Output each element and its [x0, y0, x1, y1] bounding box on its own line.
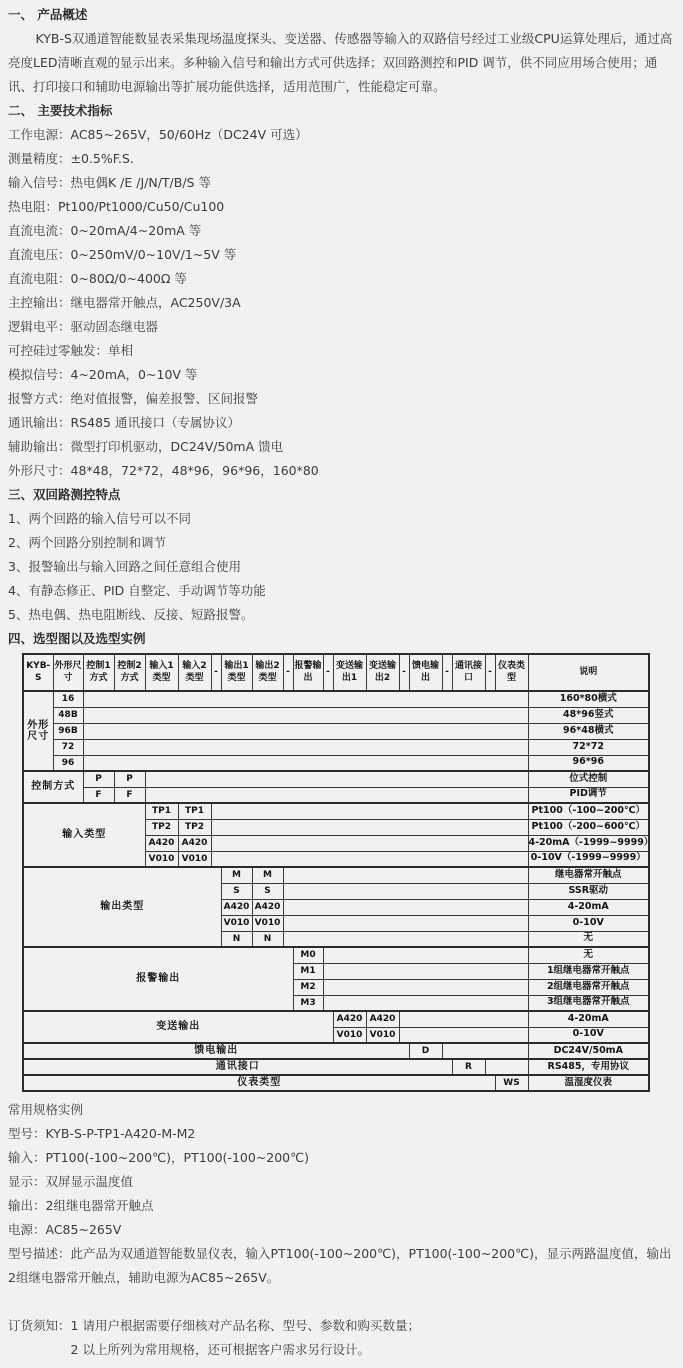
empty-cell: [283, 883, 528, 899]
ordering-note-item: 2 以上所列为常用规格，还可根据客户需求另行设计。: [71, 1338, 675, 1362]
product-overview-paragraph: KYB-S双通道智能数显表采集现场温度探头、变送器、传感器等输入的双路信号经过工…: [8, 27, 675, 99]
group-label-transmit-output: 变送输出: [23, 1011, 333, 1043]
option-code: A420: [221, 899, 252, 915]
empty-cell: [283, 915, 528, 931]
option-desc: 0-10V: [528, 1027, 649, 1043]
ordering-notes: 订货须知： 1 请用户根据需要仔细核对产品名称、型号、参数和购买数量； 2 以上…: [8, 1314, 675, 1362]
option-code: 96: [53, 755, 83, 771]
option-code: 96B: [53, 723, 83, 739]
empty-cell: [323, 979, 528, 995]
group-label-alarm-output: 报警输出: [23, 947, 293, 1011]
table-row: 外形尺寸 16 160*80横式: [23, 691, 649, 707]
table-row: 输入类型 TP1 TP1 Pt100（-100~200℃）: [23, 803, 649, 819]
section-1-heading: 一、 产品概述: [8, 3, 675, 27]
empty-cell: [323, 995, 528, 1011]
feature-line: 1、两个回路的输入信号可以不同: [8, 507, 675, 531]
option-code: M: [252, 867, 283, 883]
table-row: 仪表类型 WS 温湿度仪表: [23, 1075, 649, 1091]
option-code: A420: [366, 1011, 399, 1027]
table-row: 通讯接口 R RS485，专用协议: [23, 1059, 649, 1075]
option-desc: 0-10V: [528, 915, 649, 931]
option-desc: SSR驱动: [528, 883, 649, 899]
option-code: F: [83, 787, 114, 803]
example-power-line: 电源：AC85~265V: [8, 1218, 675, 1242]
option-desc: 4-20mA: [528, 899, 649, 915]
empty-cell: [283, 899, 528, 915]
header-comm-interface: 通讯接口: [452, 654, 485, 691]
empty-cell: [323, 963, 528, 979]
option-desc: 96*96: [528, 755, 649, 771]
table-row: 72 72*72: [23, 739, 649, 755]
table-row: 变送输出 A420 A420 4-20mA: [23, 1011, 649, 1027]
option-desc: 3组继电器常开触点: [528, 995, 649, 1011]
group-label-feed-output: 馈电输出: [23, 1043, 409, 1059]
example-model-line: 型号：KYB-S-P-TP1-A420-M-M2: [8, 1122, 675, 1146]
option-code: A420: [252, 899, 283, 915]
table-row: 报警输出 M0 无: [23, 947, 649, 963]
spec-line: 输入信号：热电偶K /E /J/N/T/B/S 等: [8, 171, 675, 195]
empty-cell: [399, 1027, 528, 1043]
option-code: V010: [366, 1027, 399, 1043]
option-code: V010: [145, 851, 178, 867]
table-row: 48B 48*96竖式: [23, 707, 649, 723]
header-output1: 输出1类型: [221, 654, 252, 691]
example-display-line: 显示：双屏显示温度值: [8, 1170, 675, 1194]
spec-line: 主控输出：继电器常开触点，AC250V/3A: [8, 291, 675, 315]
option-code: P: [83, 771, 114, 787]
empty-cell: [211, 803, 528, 819]
option-desc: PID调节: [528, 787, 649, 803]
option-code: N: [252, 931, 283, 947]
option-desc: 4-20mA: [528, 1011, 649, 1027]
option-desc: 无: [528, 947, 649, 963]
feature-line: 2、两个回路分别控制和调节: [8, 531, 675, 555]
table-row: 96B 96*48横式: [23, 723, 649, 739]
empty-cell: [83, 755, 528, 771]
table-row: 96 96*96: [23, 755, 649, 771]
option-desc: 160*80横式: [528, 691, 649, 707]
header-dash: -: [283, 654, 293, 691]
group-label-comm-interface: 通讯接口: [23, 1059, 452, 1075]
header-control1: 控制1方式: [83, 654, 114, 691]
option-code: A420: [145, 835, 178, 851]
section-4-heading: 四、选型图以及选型实例: [8, 627, 675, 651]
empty-cell: [211, 819, 528, 835]
empty-cell: [283, 867, 528, 883]
header-input2: 输入2类型: [178, 654, 211, 691]
option-code: S: [252, 883, 283, 899]
table-header-row: KYB-S 外形尺寸 控制1方式 控制2方式 输入1类型 输入2类型 - 输出1…: [23, 654, 649, 691]
selection-table-wrapper: KYB-S 外形尺寸 控制1方式 控制2方式 输入1类型 输入2类型 - 输出1…: [22, 653, 675, 1092]
option-code: TP1: [145, 803, 178, 819]
spec-line: 报警方式：绝对值报警，偏差报警、区间报警: [8, 387, 675, 411]
option-code: WS: [495, 1075, 528, 1091]
option-desc: 2组继电器常开触点: [528, 979, 649, 995]
option-code: M0: [293, 947, 323, 963]
spec-line: 热电阻：Pt100/Pt1000/Cu50/Cu100: [8, 195, 675, 219]
example-output-line: 输出：2组继电器常开触点: [8, 1194, 675, 1218]
header-description: 说明: [528, 654, 649, 691]
option-code: V010: [333, 1027, 366, 1043]
header-input1: 输入1类型: [145, 654, 178, 691]
ordering-note-item: 1 请用户根据需要仔细核对产品名称、型号、参数和购买数量；: [71, 1314, 675, 1338]
spec-line: 可控硅过零触发：单相: [8, 339, 675, 363]
option-code: 16: [53, 691, 83, 707]
option-desc: 温湿度仪表: [528, 1075, 649, 1091]
option-code: TP2: [178, 819, 211, 835]
example-model-description: 型号描述：此产品为双通道智能数显仪表，输入PT100(-100~200℃)，PT…: [8, 1242, 675, 1290]
group-label-case-size: 外形尺寸: [23, 691, 53, 771]
header-model-prefix: KYB-S: [23, 654, 53, 691]
section-2-heading: 二、 主要技术指标: [8, 99, 675, 123]
empty-cell: [399, 1011, 528, 1027]
model-selection-table: KYB-S 外形尺寸 控制1方式 控制2方式 输入1类型 输入2类型 - 输出1…: [22, 653, 650, 1092]
option-code: M2: [293, 979, 323, 995]
option-desc: 0-10V（-1999~9999）: [528, 851, 649, 867]
option-desc: DC24V/50mA: [528, 1043, 649, 1059]
option-desc: RS485，专用协议: [528, 1059, 649, 1075]
spec-line: 模拟信号：4~20mA，0~10V 等: [8, 363, 675, 387]
option-desc: Pt100（-200~600℃）: [528, 819, 649, 835]
empty-cell: [485, 1059, 528, 1075]
spec-line: 通讯输出：RS485 通讯接口（专属协议）: [8, 411, 675, 435]
option-desc: 48*96竖式: [528, 707, 649, 723]
header-dash: -: [323, 654, 333, 691]
datasheet-document: 一、 产品概述 KYB-S双通道智能数显表采集现场温度探头、变送器、传感器等输入…: [0, 0, 683, 1362]
spec-line: 工作电源：AC85~265V，50/60Hz（DC24V 可选）: [8, 123, 675, 147]
header-transmit-output1: 变送输出1: [333, 654, 366, 691]
spec-line: 逻辑电平：驱动固态继电器: [8, 315, 675, 339]
empty-cell: [211, 835, 528, 851]
option-code: V010: [252, 915, 283, 931]
option-desc: 96*48横式: [528, 723, 649, 739]
empty-cell: [145, 787, 528, 803]
table-row: 输出类型 M M 继电器常开触点: [23, 867, 649, 883]
empty-cell: [83, 739, 528, 755]
option-code: R: [452, 1059, 485, 1075]
header-dash: -: [485, 654, 495, 691]
empty-cell: [83, 707, 528, 723]
option-code: TP2: [145, 819, 178, 835]
option-code: V010: [178, 851, 211, 867]
empty-cell: [145, 771, 528, 787]
group-label-input-type: 输入类型: [23, 803, 145, 867]
group-label-meter-type: 仪表类型: [23, 1075, 495, 1091]
spec-line: 辅助输出：微型打印机驱动，DC24V/50mA 馈电: [8, 435, 675, 459]
option-code: P: [114, 771, 145, 787]
feature-line: 4、有静态修正、PID 自整定、手动调节等功能: [8, 579, 675, 603]
option-code: N: [221, 931, 252, 947]
option-desc: 位式控制: [528, 771, 649, 787]
table-row: 控制方式 P P 位式控制: [23, 771, 649, 787]
spec-line: 直流电流：0~20mA/4~20mA 等: [8, 219, 675, 243]
option-code: M3: [293, 995, 323, 1011]
spec-line: 直流电压：0~250mV/0~10V/1~5V 等: [8, 243, 675, 267]
feature-line: 5、热电偶、热电阻断线、反接、短路报警。: [8, 603, 675, 627]
header-meter-type: 仪表类型: [495, 654, 528, 691]
spec-line: 测量精度：±0.5%F.S.: [8, 147, 675, 171]
feature-line: 3、报警输出与输入回路之间任意组合使用: [8, 555, 675, 579]
option-desc: Pt100（-100~200℃）: [528, 803, 649, 819]
option-desc: 继电器常开触点: [528, 867, 649, 883]
spec-line: 外形尺寸：48*48，72*72，48*96，96*96，160*80: [8, 459, 675, 483]
example-title: 常用规格实例: [8, 1098, 675, 1122]
group-label-output-type: 输出类型: [23, 867, 221, 947]
option-code: M: [221, 867, 252, 883]
ordering-notes-label: 订货须知：: [8, 1314, 71, 1362]
header-dash: -: [211, 654, 221, 691]
empty-cell: [83, 723, 528, 739]
empty-cell: [323, 947, 528, 963]
option-code: 48B: [53, 707, 83, 723]
header-control2: 控制2方式: [114, 654, 145, 691]
option-code: TP1: [178, 803, 211, 819]
option-code: F: [114, 787, 145, 803]
header-feed-output: 馈电输出: [409, 654, 442, 691]
group-label-control-mode: 控制方式: [23, 771, 83, 803]
header-transmit-output2: 变送输出2: [366, 654, 399, 691]
option-desc: 1组继电器常开触点: [528, 963, 649, 979]
spec-line: 直流电阻：0~80Ω/0~400Ω 等: [8, 267, 675, 291]
empty-cell: [283, 931, 528, 947]
option-code: 72: [53, 739, 83, 755]
option-code: S: [221, 883, 252, 899]
ordering-notes-items: 1 请用户根据需要仔细核对产品名称、型号、参数和购买数量； 2 以上所列为常用规…: [71, 1314, 675, 1362]
example-input-line: 输入：PT100(-100~200℃)，PT100(-100~200℃): [8, 1146, 675, 1170]
header-dash: -: [442, 654, 452, 691]
header-case-size: 外形尺寸: [53, 654, 83, 691]
table-row: F F PID调节: [23, 787, 649, 803]
header-output2: 输出2类型: [252, 654, 283, 691]
header-alarm-output: 报警输出: [293, 654, 323, 691]
option-code: A420: [178, 835, 211, 851]
section-3-heading: 三、双回路测控特点: [8, 483, 675, 507]
empty-cell: [442, 1043, 528, 1059]
option-code: A420: [333, 1011, 366, 1027]
option-desc: 无: [528, 931, 649, 947]
option-desc: 72*72: [528, 739, 649, 755]
empty-cell: [83, 691, 528, 707]
option-code: V010: [221, 915, 252, 931]
option-code: M1: [293, 963, 323, 979]
table-row: 馈电输出 D DC24V/50mA: [23, 1043, 649, 1059]
option-code: D: [409, 1043, 442, 1059]
empty-cell: [211, 851, 528, 867]
option-desc: 4-20mA（-1999~9999）: [528, 835, 649, 851]
header-dash: -: [399, 654, 409, 691]
